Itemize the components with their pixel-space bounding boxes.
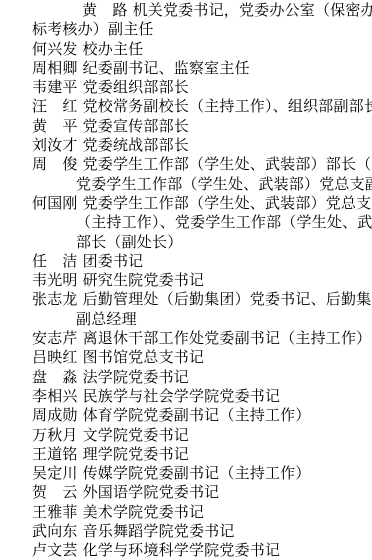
roster-line: 武向东 音乐舞蹈学院党委书记	[0, 522, 372, 541]
roster-line: 李相兴 民族学与社会学学院党委书记	[0, 387, 372, 406]
roster-line: 黄 路 机关党委书记，党委办公室（保密办、目	[0, 1, 372, 20]
roster-list: 黄 路 机关党委书记，党委办公室（保密办、目标考核办）副主任何兴发 校办主任周相…	[0, 1, 372, 560]
roster-line: 部长（副处长）	[0, 233, 372, 252]
roster-line: 王道铭 理学院党委书记	[0, 445, 372, 464]
document-page: 黄 路 机关党委书记，党委办公室（保密办、目标考核办）副主任何兴发 校办主任周相…	[0, 0, 372, 560]
roster-line: 韦光明 研究生院党委书记	[0, 271, 372, 290]
roster-line: 刘汝才 党委统战部部长	[0, 136, 372, 155]
roster-line: 副总经理	[0, 310, 372, 329]
roster-line: 何国刚 党委学生工作部（学生处、武装部）党总支副书记	[0, 194, 372, 213]
roster-line: 任 洁 团委书记	[0, 252, 372, 271]
roster-line: 吕映红 图书馆党总支书记	[0, 348, 372, 367]
roster-line: 韦建平 党委组织部部长	[0, 78, 372, 97]
roster-line: 卢文芸 化学与环境科学学院党委书记	[0, 541, 372, 560]
roster-line: 周相卿 纪委副书记、监察室主任	[0, 59, 372, 78]
roster-line: 周 俊 党委学生工作部（学生处、武装部）部长（处长）、	[0, 155, 372, 174]
roster-line: 张志龙 后勤管理处（后勤集团）党委书记、后勤集团常务	[0, 290, 372, 309]
roster-line: 王雅菲 美术学院党委书记	[0, 503, 372, 522]
roster-line: 贺 云 外国语学院党委书记	[0, 483, 372, 502]
roster-line: 汪 红 党校常务副校长（主持工作）、组织部副部长	[0, 97, 372, 116]
roster-line: 黄 平 党委宣传部部长	[0, 117, 372, 136]
roster-line: 盘 淼 法学院党委书记	[0, 368, 372, 387]
roster-line: 何兴发 校办主任	[0, 40, 372, 59]
roster-line: 党委学生工作部（学生处、武装部）党总支副书记	[0, 175, 372, 194]
roster-line: 安志芹 离退休干部工作处党委副书记（主持工作）	[0, 329, 372, 348]
roster-line: 吴定川 传媒学院党委副书记（主持工作）	[0, 464, 372, 483]
roster-line: 万秋月 文学院党委书记	[0, 426, 372, 445]
roster-line: 标考核办）副主任	[0, 20, 372, 39]
roster-line: 周成勋 体育学院党委副书记（主持工作）	[0, 406, 372, 425]
roster-line: （主持工作）、党委学生工作部（学生处、武装部）副	[0, 213, 372, 232]
